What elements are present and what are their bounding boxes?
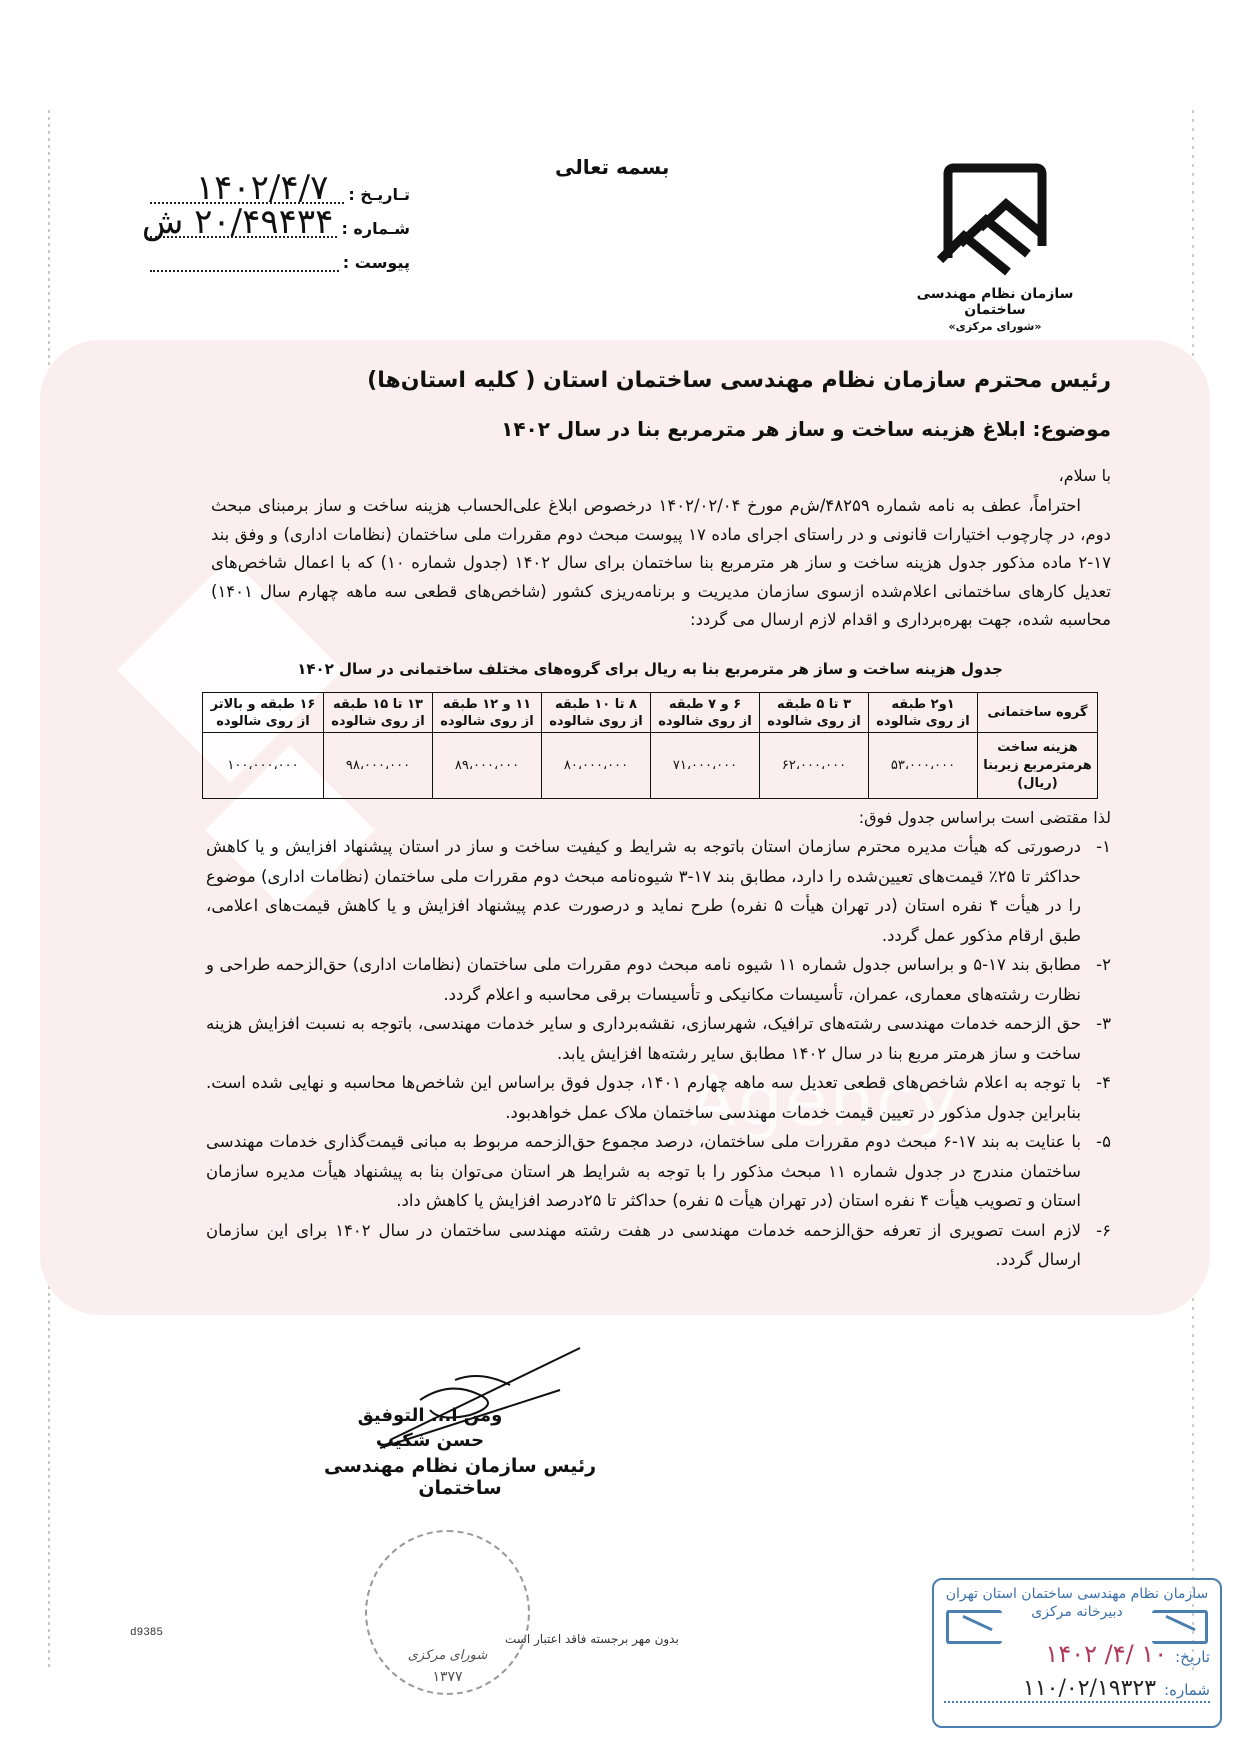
closing-phrase: ومن ا... التوفیق [300, 1405, 560, 1426]
clause-number: ۲- [1081, 950, 1111, 1009]
subject-line: موضوع: ابلاغ هزینه ساخت و ساز هر مترمربع… [501, 417, 1111, 441]
table-header-cell: ۱۶ طبقه و بالاتراز روی شالوده [203, 693, 324, 733]
clauses-list: ۱- درصورتی که هیأت مدیره محترم سازمان اس… [206, 832, 1111, 1275]
handshake-icon [1152, 1610, 1208, 1644]
building-roofs-logo-icon [930, 160, 1060, 280]
column-floors: ۱و۲ طبقه [873, 696, 973, 713]
attachment-label: پیوست : [343, 253, 410, 272]
footer-validity-note: بدون مهر برجسته فاقد اعتبار است [505, 1632, 679, 1646]
clause-text: لازم است تصویری از تعرفه حق‌الزحمه خدمات… [206, 1216, 1081, 1275]
logo-title: سازمان نظام مهندسی ساختمان [905, 286, 1085, 318]
clause-text: درصورتی که هیأت مدیره محترم سازمان استان… [206, 832, 1081, 950]
construction-cost-table: گروه ساختمانی ۱و۲ طبقهاز روی شالوده ۳ تا… [202, 692, 1098, 799]
table-header-cell: گروه ساختمانی [978, 693, 1098, 733]
stamp-number-row: شماره: ۱۱۰/۰۲/۱۹۳۲۳ [944, 1676, 1210, 1703]
cost-cell: ۹۸،۰۰۰،۰۰۰ [324, 733, 433, 799]
column-floors: ۶ و ۷ طبقه [655, 696, 755, 713]
row-label-line: هرمترمربع زیربنا [982, 757, 1093, 775]
organization-logo: سازمان نظام مهندسی ساختمان «شورای مرکزی» [905, 160, 1085, 333]
document-code: d9385 [130, 1627, 163, 1639]
column-basis: از روی شالوده [764, 713, 864, 730]
signature-block: ومن ا... التوفیق حسن شکیب رئیس سازمان نظ… [300, 1405, 620, 1499]
seal-text: شورای مرکزی [367, 1648, 528, 1663]
column-floors: ۸ تا ۱۰ طبقه [546, 696, 646, 713]
column-basis: از روی شالوده [655, 713, 755, 730]
row-label-line: هزینه ساخت [982, 739, 1093, 757]
signatory-title: رئیس سازمان نظام مهندسی ساختمان [300, 1455, 620, 1499]
embossed-seal: شورای مرکزی ۱۳۷۷ [365, 1530, 530, 1695]
cost-cell: ۵۳،۰۰۰،۰۰۰ [869, 733, 978, 799]
table-header-cell: ۱۱ و ۱۲ طبقهاز روی شالوده [433, 693, 542, 733]
signatory-name: حسن شکیب [300, 1430, 560, 1451]
number-label: شـماره : [341, 219, 410, 238]
date-label: تـاریـخ : [348, 185, 410, 204]
table-header-cell: ۱و۲ طبقهاز روی شالوده [869, 693, 978, 733]
subject-label: موضوع: [1033, 417, 1111, 441]
clause-item: ۲- مطابق بند ۱۷-۵ و براساس جدول شماره ۱۱… [206, 950, 1111, 1009]
subject-text: ابلاغ هزینه ساخت و ساز هر مترمربع بنا در… [501, 417, 1025, 441]
stamp-number-label: شماره: [1164, 1681, 1210, 1699]
handshake-icon [946, 1610, 1002, 1644]
cost-cell: ۷۱،۰۰۰،۰۰۰ [651, 733, 760, 799]
row-label-unit: (ریال) [982, 775, 1093, 793]
column-floors: ۱۳ تا ۱۵ طبقه [328, 696, 428, 713]
column-basis: از روی شالوده [207, 713, 319, 730]
table-header-cell: ۳ تا ۵ طبقهاز روی شالوده [760, 693, 869, 733]
clause-item: ۱- درصورتی که هیأت مدیره محترم سازمان اس… [206, 832, 1111, 950]
clause-text: با عنایت به بند ۱۷-۶ مبحث دوم مقررات ملی… [206, 1127, 1081, 1216]
clause-number: ۱- [1081, 832, 1111, 950]
column-basis: از روی شالوده [437, 713, 537, 730]
table-header-row: گروه ساختمانی ۱و۲ طبقهاز روی شالوده ۳ تا… [203, 693, 1098, 733]
table-header-cell: ۱۳ تا ۱۵ طبقهاز روی شالوده [324, 693, 433, 733]
conclusion-line: لذا مقتضی است براساس جدول فوق: [859, 808, 1111, 827]
column-basis: از روی شالوده [873, 713, 973, 730]
clause-item: ۵- با عنایت به بند ۱۷-۶ مبحث دوم مقررات … [206, 1127, 1111, 1216]
table-title: جدول هزینه ساخت و ساز هر مترمربع بنا به … [200, 660, 1100, 678]
stamp-date-value: ۱۴۰۲ /۴/ ۱۰ [1045, 1640, 1167, 1668]
clause-item: ۴- با توجه به اعلام شاخص‌های قطعی تعدیل … [206, 1068, 1111, 1127]
clause-text: مطابق بند ۱۷-۵ و براساس جدول شماره ۱۱ شی… [206, 950, 1081, 1009]
clause-text: حق الزحمه خدمات مهندسی رشته‌های ترافیک، … [206, 1009, 1081, 1068]
attachment-field: پیوست : [150, 238, 410, 272]
stamp-date-row: تاریخ: ۱۴۰۲ /۴/ ۱۰ [934, 1640, 1220, 1668]
clause-item: ۶- لازم است تصویری از تعرفه حق‌الزحمه خد… [206, 1216, 1111, 1275]
table-header-cell: ۶ و ۷ طبقهاز روی شالوده [651, 693, 760, 733]
clause-number: ۴- [1081, 1068, 1111, 1127]
intro-paragraph: احتراماً، عطف به نامه شماره ۴۸۲۵۹/ش‌م مو… [211, 492, 1111, 635]
row-label-cell: هزینه ساختهرمترمربع زیربنا(ریال) [978, 733, 1098, 799]
stamp-organization: سازمان نظام مهندسی ساختمان استان تهران [934, 1586, 1220, 1602]
number-dotted-line: ۲۰/۴۹۴۳۴ ش [150, 222, 337, 238]
letter-meta: تـاریـخ : ۱۴۰۲/۴/۷ شـماره : ۲۰/۴۹۴۳۴ ش پ… [150, 170, 410, 272]
logo-subtitle: «شورای مرکزی» [905, 320, 1085, 333]
date-field: تـاریـخ : ۱۴۰۲/۴/۷ [150, 170, 410, 204]
bismillah-heading: بسمه تعالی [555, 155, 669, 179]
column-floors: ۳ تا ۵ طبقه [764, 696, 864, 713]
stamp-date-label: تاریخ: [1175, 1648, 1210, 1666]
column-floors: ۱۶ طبقه و بالاتر [207, 696, 319, 713]
addressee: رئیس محترم سازمان نظام مهندسی ساختمان اس… [367, 368, 1111, 393]
clause-text: با توجه به اعلام شاخص‌های قطعی تعدیل سه … [206, 1068, 1081, 1127]
attachment-dotted-line [150, 256, 339, 272]
column-basis: از روی شالوده [328, 713, 428, 730]
column-floors: ۱۱ و ۱۲ طبقه [437, 696, 537, 713]
greeting: با سلام، [1059, 466, 1111, 485]
stamp-number-value: ۱۱۰/۰۲/۱۹۳۲۳ [1023, 1676, 1156, 1701]
cost-cell: ۱۰۰،۰۰۰،۰۰۰ [203, 733, 324, 799]
clause-item: ۳- حق الزحمه خدمات مهندسی رشته‌های ترافی… [206, 1009, 1111, 1068]
clause-number: ۵- [1081, 1127, 1111, 1216]
received-stamp: سازمان نظام مهندسی ساختمان استان تهران د… [932, 1578, 1222, 1728]
clause-number: ۶- [1081, 1216, 1111, 1275]
column-basis: از روی شالوده [546, 713, 646, 730]
clause-number: ۳- [1081, 1009, 1111, 1068]
number-value: ۲۰/۴۹۴۳۴ ش [142, 202, 334, 242]
cost-cell: ۶۲،۰۰۰،۰۰۰ [760, 733, 869, 799]
cost-cell: ۸۹،۰۰۰،۰۰۰ [433, 733, 542, 799]
cost-cell: ۸۰،۰۰۰،۰۰۰ [542, 733, 651, 799]
seal-year: ۱۳۷۷ [367, 1669, 528, 1685]
table-header-cell: ۸ تا ۱۰ طبقهاز روی شالوده [542, 693, 651, 733]
table-row: هزینه ساختهرمترمربع زیربنا(ریال) ۵۳،۰۰۰،… [203, 733, 1098, 799]
number-field: شـماره : ۲۰/۴۹۴۳۴ ش [150, 204, 410, 238]
